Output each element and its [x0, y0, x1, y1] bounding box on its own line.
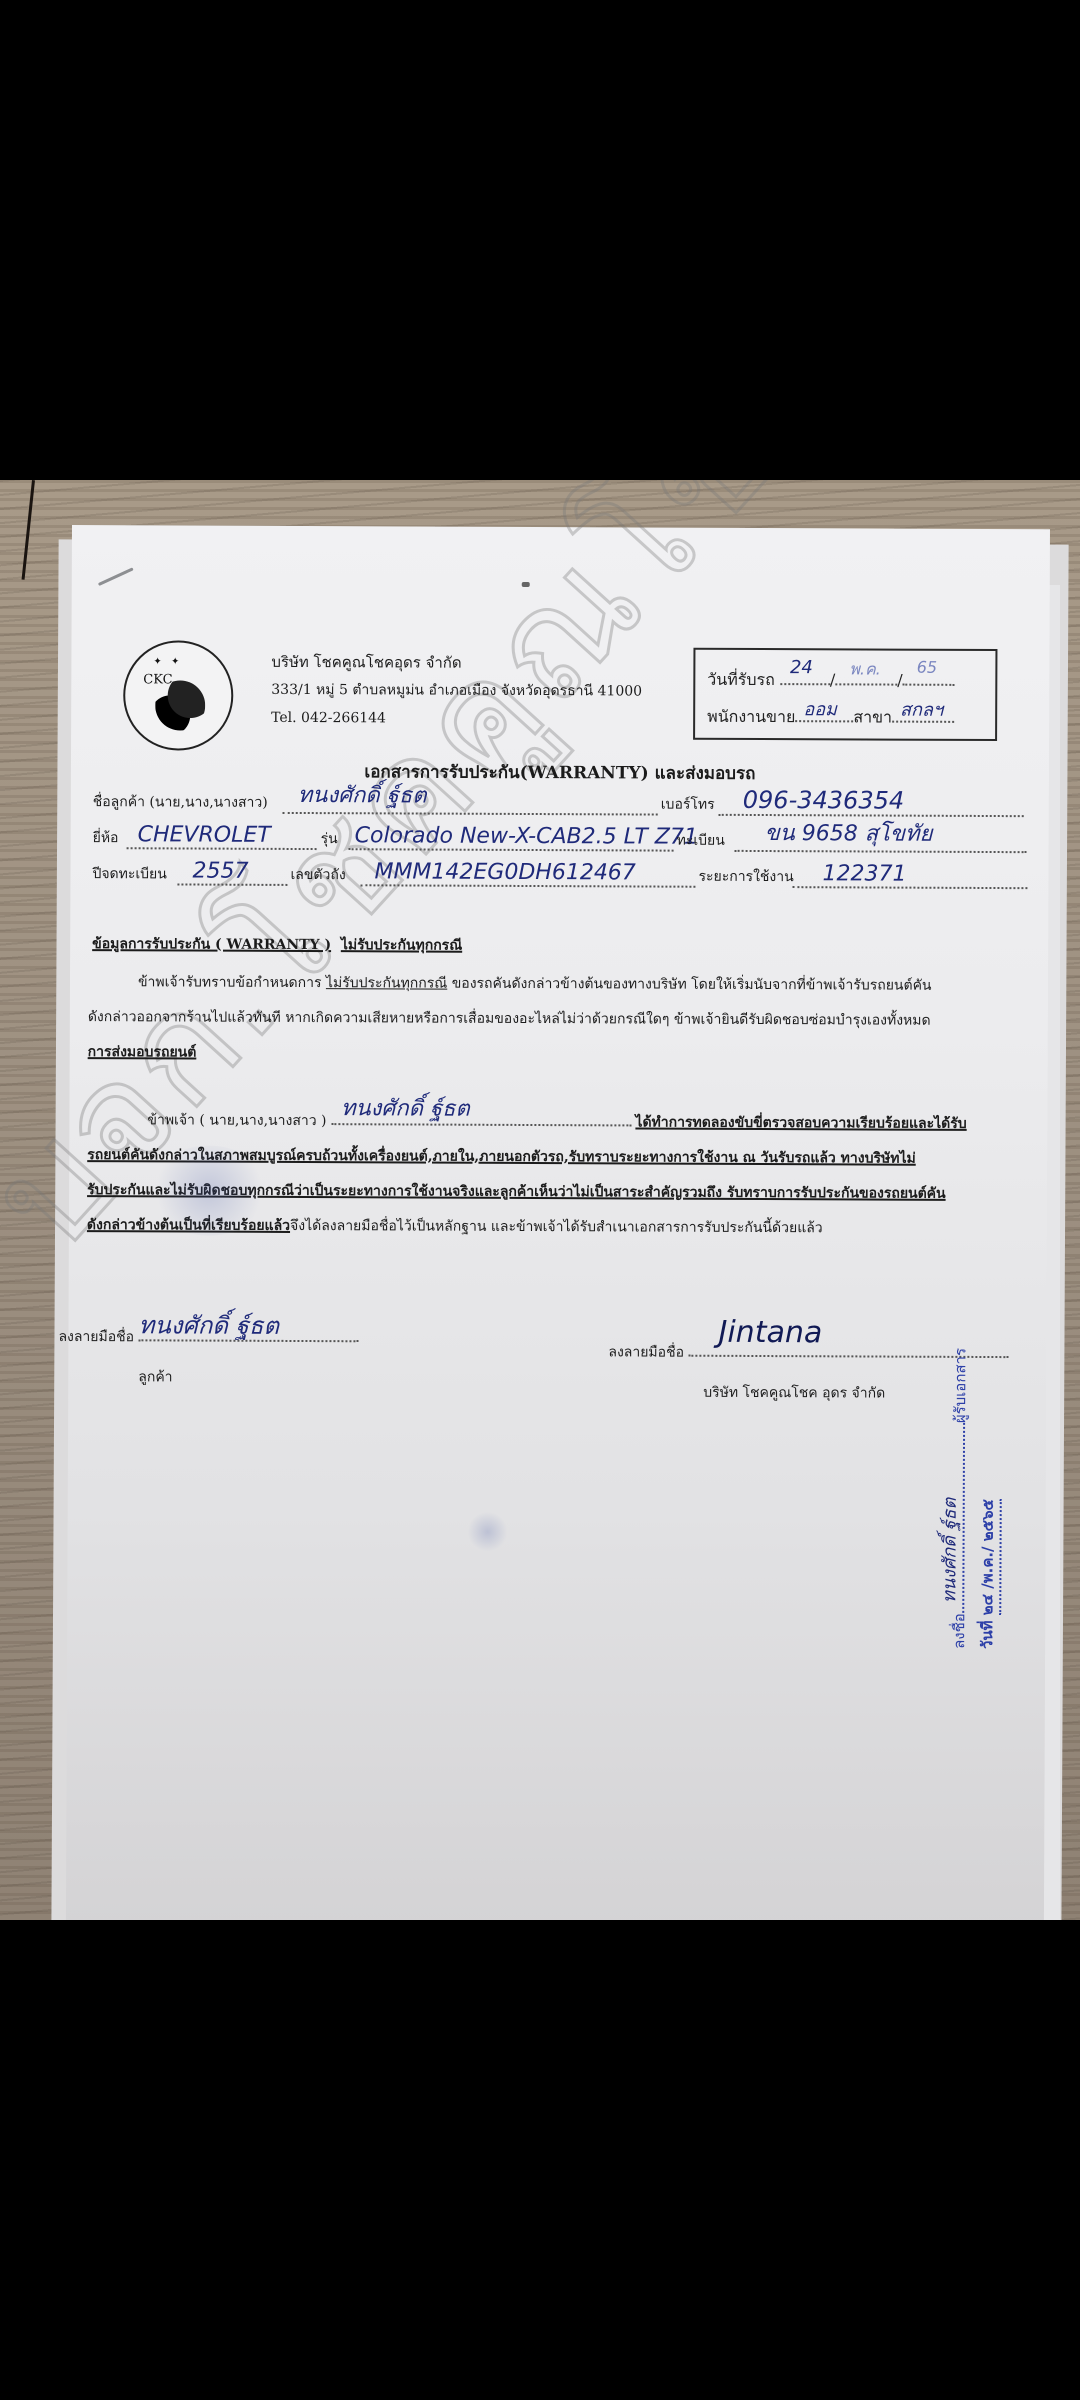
company-sign-label: ลงลายมือชื่อ [608, 1344, 684, 1360]
receive-date-day: 24 [790, 657, 813, 678]
customer-sign-label: ลงลายมือชื่อ [58, 1329, 134, 1345]
receive-date-month: พ.ค. [849, 657, 881, 682]
customer-signature: ทนงศักดิ์ ฐ์ธต [138, 1305, 279, 1345]
ink-smudge [149, 1145, 269, 1236]
receipt-sign-label: ลงชื่อ [950, 1613, 968, 1649]
branch-value: สกลฯ [900, 695, 943, 724]
plate-label: ทะเบียน [677, 830, 725, 852]
warranty-document: บจก.โชคคูณโชคอุดร ✦ ✦ CKC บริษัท โชคคูณโ… [66, 525, 1050, 1920]
warranty-status: ไม่รับประกันทุกกรณี [341, 937, 462, 954]
mileage-label: ระยะการใช้งาน [698, 866, 793, 888]
sales-label: พนักงานขาย [707, 707, 795, 726]
delivery-line1: ได้ทำการทดลองขับขี่ตรวจสอบความเรียบร้อยแ… [635, 1114, 966, 1131]
company-info: บริษัท โชคคูณโชคอุดร จำกัด 333/1 หมู่ 5 … [271, 648, 642, 734]
delivery-lead: ข้าพเจ้า ( นาย,นาง,นางสาว ) [147, 1112, 326, 1129]
delivery-heading: การส่งมอบรถยนต์ [88, 1044, 197, 1060]
document-photo: บจก.โชคคูณโชคอุดร ✦ ✦ CKC บริษัท โชคคูณโ… [0, 480, 1080, 1920]
branch-label: สาขา [853, 707, 892, 726]
mileage-value: 122371 [822, 861, 906, 886]
chassis-value: MMM142EG0DH612467 [374, 859, 635, 885]
brand-value: CHEVROLET [138, 822, 271, 848]
delivery-customer-name: ทนงศักดิ์ ฐ์ธต [341, 1091, 470, 1127]
chassis-label: เลขตัวถัง [290, 864, 345, 886]
customer-signature-block: ลงลายมือชื่อ ทนงศักดิ์ ฐ์ธต ลูกค้า [58, 1325, 358, 1389]
company-signature: Jintana [718, 1315, 822, 1350]
table-surface-crack [22, 480, 35, 580]
swan-icon [155, 680, 205, 730]
vehicle-row: ยี่ห้อ CHEVROLET รุ่น Colorado New-X-CAB… [93, 819, 1028, 857]
customer-label: ชื่อลูกค้า (นาย,นาง,นางสาว) [93, 791, 268, 814]
receipt-role: ผู้รับเอกสาร [951, 1348, 969, 1423]
phone-value: 096-3436354 [743, 786, 904, 815]
receive-date-year: 65 [917, 658, 937, 677]
warranty-heading: ข้อมูลการรับประกัน ( WARRANTY ) [92, 936, 331, 953]
receive-date-row: วันที่รับรถ 24/พ.ค./65 [707, 668, 954, 694]
terms-rest: ของรถคันดังกล่าวข้างต้นของทางบริษัท โดยใ… [447, 976, 931, 994]
brand-label: ยี่ห้อ [93, 827, 119, 849]
receive-date-label: วันที่รับรถ [707, 670, 775, 689]
terms-emphasis: ไม่รับประกันทุกกรณี [326, 975, 447, 992]
company-tel: Tel. 042-266144 [271, 704, 642, 734]
ink-smudge [468, 1512, 508, 1552]
company-name: บริษัท โชคคูณโชคอุดร จำกัด [271, 648, 642, 678]
delivery-line4-rest: จึงได้ลงลายมือชื่อไว้เป็นหลักฐาน และข้าพ… [290, 1218, 823, 1236]
model-label: รุ่น [321, 828, 338, 850]
sales-row: พนักงานขายออมสาขาสกลฯ [707, 705, 954, 731]
phone-label: เบอร์โทร [661, 794, 715, 816]
warranty-terms-paragraph: ข้าพเจ้ารับทราบข้อกำหนดการ ไม่รับประกันท… [88, 965, 1028, 1074]
receive-info-box: วันที่รับรถ 24/พ.ค./65 พนักงานขายออมสาขา… [693, 648, 997, 741]
reg-year-label: ปีจดทะเบียน [92, 863, 166, 885]
terms-lead: ข้าพเจ้ารับทราบข้อกำหนดการ [138, 974, 322, 991]
model-value: Colorado New-X-CAB2.5 LT Z71 [355, 823, 698, 849]
staple [98, 567, 134, 586]
customer-name: ทนงศักดิ์ ฐ์ธต [298, 777, 427, 813]
star-icon: ✦ ✦ [153, 656, 182, 667]
customer-role: ลูกค้า [138, 1366, 358, 1389]
receipt-date-label: วันที่ [978, 1620, 996, 1649]
terms-line2: ดังกล่าวออกจากร้านไปแล้วทันที หากเกิดควา… [88, 1000, 1028, 1039]
reg-year-value: 2557 [192, 859, 248, 884]
receipt-date-value: ๒๔ /พ.ค./ ๒๕๖๕ [975, 1499, 1002, 1615]
company-address: 333/1 หมู่ 5 ตำบลหมูม่น อำเภอเมือง จังหว… [271, 676, 642, 706]
plate-value: ขน 9658 สุโขทัย [765, 815, 933, 851]
document-receipt-stamp: ลงชื่อทนงศักดิ์ ฐ์ธตผู้รับเอกสาร วันที่ … [947, 1319, 1004, 1649]
sales-value: ออม [803, 694, 837, 723]
warranty-info: ข้อมูลการรับประกัน ( WARRANTY ) ไม่รับปร… [92, 933, 462, 957]
company-logo: ✦ ✦ CKC [123, 640, 233, 750]
registration-row: ปีจดทะเบียน 2557 เลขตัวถัง MMM142EG0DH61… [92, 855, 1027, 893]
receipt-signer: ทนงศักดิ์ ฐ์ธต [934, 1498, 963, 1603]
